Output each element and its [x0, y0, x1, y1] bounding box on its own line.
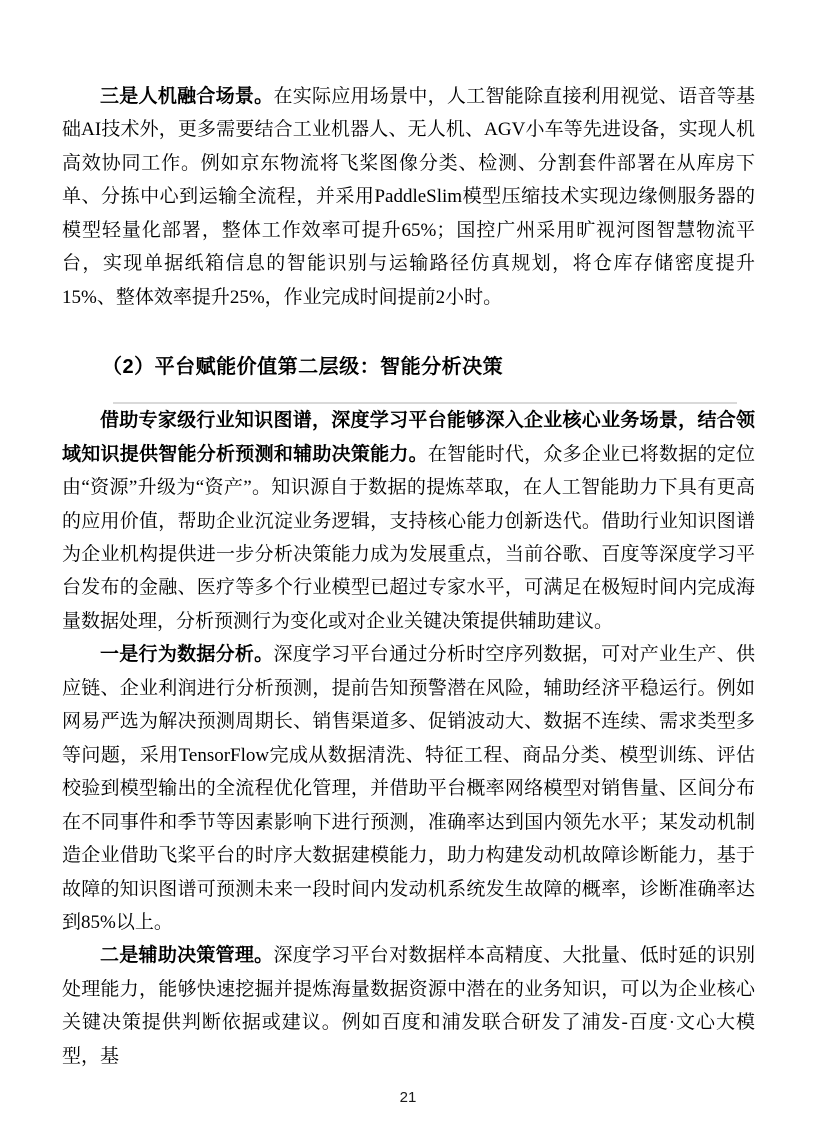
- paragraph-lead-behavior-analysis: 一是行为数据分析。: [100, 644, 273, 665]
- document-page: 三是人机融合场景。在实际应用场景中，人工智能除直接利用视觉、语音等基础AI技术外…: [0, 0, 816, 1145]
- page-content: 三是人机融合场景。在实际应用场景中，人工智能除直接利用视觉、语音等基础AI技术外…: [62, 80, 755, 1073]
- section-heading: （2）平台赋能价值第二层级：智能分析决策: [62, 350, 755, 384]
- paragraph-knowledge-graph: 借助专家级行业知识图谱，深度学习平台能够深入企业核心业务场景，结合领域知识提供智…: [62, 404, 755, 638]
- paragraph-behavior-analysis: 一是行为数据分析。深度学习平台通过分析时空序列数据，可对产业生产、供应链、企业利…: [62, 638, 755, 939]
- paragraph-human-machine-fusion: 三是人机融合场景。在实际应用场景中，人工智能除直接利用视觉、语音等基础AI技术外…: [62, 80, 755, 314]
- page-number: 21: [0, 1089, 816, 1106]
- paragraph-lead-human-machine: 三是人机融合场景。: [100, 86, 273, 107]
- paragraph-lead-decision-management: 二是辅助决策管理。: [100, 945, 273, 966]
- paragraph-text-behavior-analysis: 深度学习平台通过分析时空序列数据，可对产业生产、供应链、企业利润进行分析预测，提…: [62, 644, 755, 933]
- paragraph-text-human-machine: 在实际应用场景中，人工智能除直接利用视觉、语音等基础AI技术外，更多需要结合工业…: [62, 86, 755, 308]
- paragraph-decision-management: 二是辅助决策管理。深度学习平台对数据样本高精度、大批量、低时延的识别处理能力，能…: [62, 939, 755, 1073]
- paragraph-text-knowledge-graph: 在智能时代，众多企业已将数据的定位由“资源”升级为“资产”。知识源自于数据的提炼…: [62, 444, 755, 632]
